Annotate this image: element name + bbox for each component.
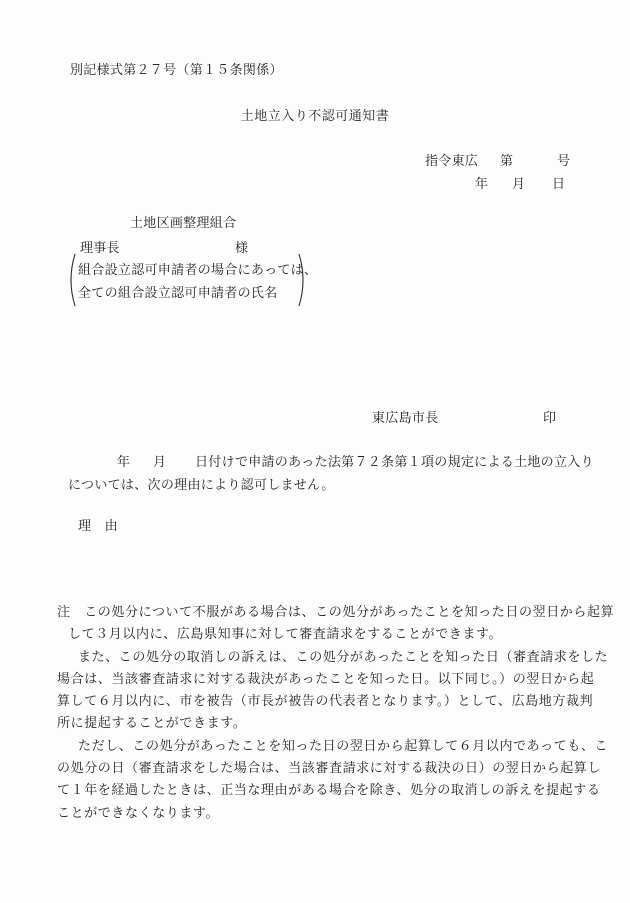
directive-go: 号 <box>557 152 570 170</box>
body-line1-text: 日付けで申請のあった法第７２条第１項の規定による土地の立入り <box>195 453 594 471</box>
close-paren-decoration <box>296 252 310 308</box>
body-year-label: 年 <box>117 453 130 471</box>
open-paren-decoration <box>64 252 78 308</box>
directive-prefix: 指令東広 <box>425 152 478 170</box>
note-line: 算して６月以内に、市を被告（市長が被告の代表者となります。）として、広島地方裁判 <box>57 692 593 710</box>
paren-note-line1: 組合設立認可申請者の場合にあっては、 <box>78 261 317 279</box>
date-year-label: 年 <box>475 175 488 193</box>
form-number: 別記様式第２７号（第１５条関係） <box>70 61 283 79</box>
directive-dai: 第 <box>500 152 513 170</box>
note-line: また、この処分の取消しの訴えは、この処分があったことを知った日（審査請求をした <box>78 648 608 666</box>
page-title: 土地立入り不認可通知書 <box>0 107 630 125</box>
note-line: ただし、この処分があったことを知った日の翌日から起算して６月以内であっても、こ <box>78 737 608 755</box>
document-page: 別記様式第２７号（第１５条関係） 土地立入り不認可通知書 指令東広 第 号 年 … <box>0 0 630 903</box>
note-line: 場合は、当該審査請求に対する裁決があったことを知った日。以下同じ。）の翌日から起 <box>57 670 594 688</box>
note-line: 所に提起することができます。 <box>57 714 246 732</box>
issuer-name: 東広島市長 <box>372 409 439 427</box>
paren-note-line2: 全ての組合設立認可申請者の氏名 <box>78 284 278 302</box>
note-line: して３月以内に、広島県知事に対して審査請求をすることができます。 <box>68 625 502 643</box>
note-line: の処分の日（審査請求をした場合は、当該審査請求に対する裁決の日）の翌日から起算し <box>57 759 601 777</box>
body-month-label: 月 <box>153 453 166 471</box>
seal-placeholder: 印 <box>543 409 556 427</box>
body-line2: については、次の理由により認可しません。 <box>68 476 335 494</box>
union-name: 土地区画整理組合 <box>130 214 236 232</box>
note-line: ことができなくなります。 <box>57 804 219 822</box>
addressee-honorific: 様 <box>235 239 248 257</box>
date-month-label: 月 <box>512 175 525 193</box>
date-day-label: 日 <box>552 175 565 193</box>
note-line: 注 この処分について不服がある場合は、この処分があったことを知った日の翌日から起… <box>57 603 614 621</box>
addressee-role: 理事長 <box>80 239 120 257</box>
note-line: て１年を経過したときは、正当な理由がある場合を除き、処分の取消しの訴えを提起する <box>57 781 600 799</box>
reason-label: 理 由 <box>78 517 118 535</box>
